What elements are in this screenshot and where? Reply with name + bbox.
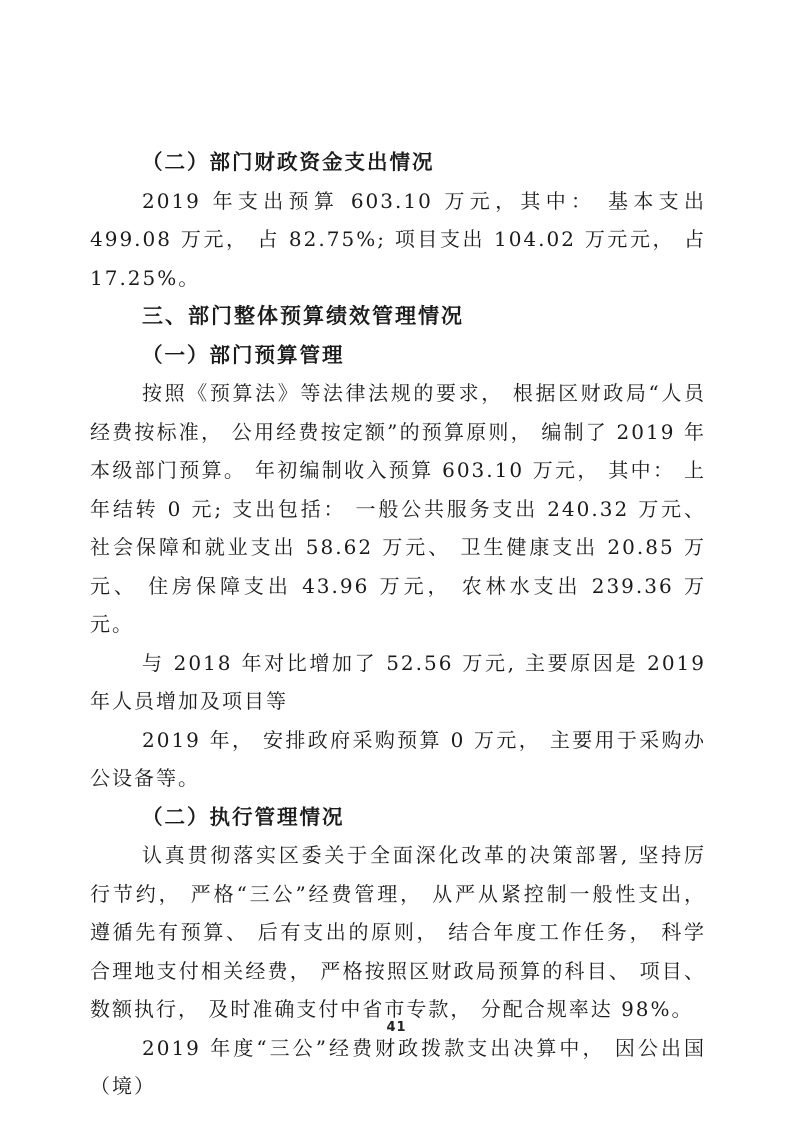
paragraph-execution-management: 认真贯彻落实区委关于全面深化改革的决策部署, 坚持厉行节约， 严格“三公”经费管… [90,836,706,1029]
section-heading-budget-management: （一）部门预算管理 [90,336,706,375]
chapter-heading-performance-management: 三、部门整体预算绩效管理情况 [90,297,706,336]
paragraph-comparison-2018: 与 2018 年对比增加了 52.56 万元, 主要原因是 2019 年人员增加… [90,644,706,721]
document-page: （二）部门财政资金支出情况 2019 年支出预算 603.10 万元，其中： 基… [0,0,793,1122]
paragraph-expenditure-budget: 2019 年支出预算 603.10 万元，其中： 基本支出 499.08 万元，… [90,182,706,298]
paragraph-government-procurement: 2019 年， 安排政府采购预算 0 万元， 主要用于采购办公设备等。 [90,721,706,798]
paragraph-three-public-funds: 2019 年度“三公”经费财政拨款支出决算中， 因公出国（境） [90,1029,706,1106]
section-heading-funds-expenditure: （二）部门财政资金支出情况 [90,143,706,182]
section-heading-execution-management: （二）执行管理情况 [90,798,706,837]
page-number: 41 [0,1020,793,1035]
document-content: （二）部门财政资金支出情况 2019 年支出预算 603.10 万元，其中： 基… [90,143,706,1106]
paragraph-budget-preparation: 按照《预算法》等法律法规的要求， 根据区财政局“人员经费按标准， 公用经费按定额… [90,374,706,644]
